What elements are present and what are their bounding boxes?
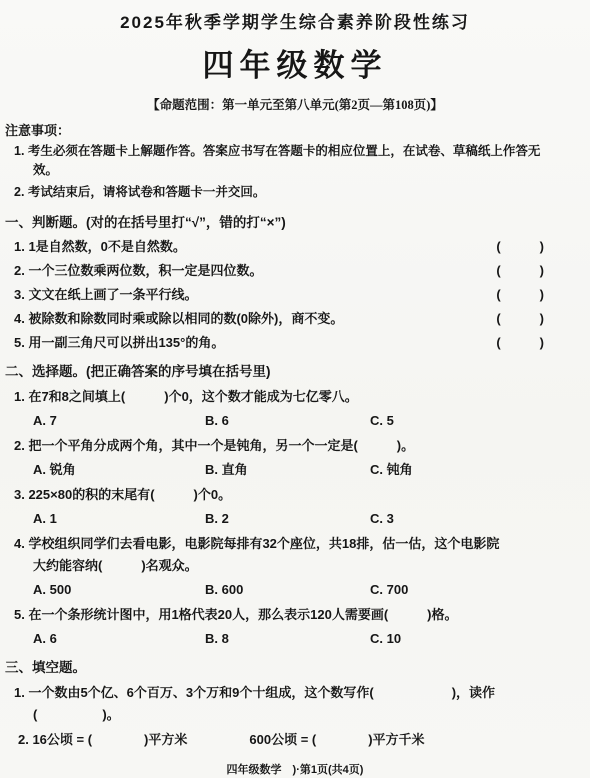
section-heading-fill: 三、填空题。	[0, 656, 590, 676]
judgment-question-4: 4. 被除数和除数同时乘或除以相同的数(0除外)，商不变。 ( )	[0, 310, 590, 327]
choice-question-3-options: A. 1 B. 2 C. 3	[0, 510, 590, 527]
exam-title: 2025年秋季学期学生综合素养阶段性练习	[0, 8, 590, 33]
choice-question-4-text-line-1: 4. 学校组织同学们去看电影，电影院每排有32个座位，共18排，估一估，这个电影…	[0, 535, 590, 552]
option-b: B. 直角	[205, 461, 370, 478]
question-text: 2. 一个三位数乘两位数，积一定是四位数。	[14, 262, 262, 279]
exam-paper-page: 2025年秋季学期学生综合素养阶段性练习 四年级数学 【命题范围：第一单元至第八…	[0, 0, 590, 778]
answer-parentheses: ( )	[496, 310, 544, 327]
option-a: A. 1	[33, 510, 205, 527]
choice-question-1-text: 1. 在7和8之间填上( )个0，这个数才能成为七亿零八。	[0, 388, 590, 405]
section-heading-choice: 二、选择题。(把正确答案的序号填在括号里)	[0, 360, 590, 380]
judgment-question-1: 1. 1是自然数，0不是自然数。 ( )	[0, 238, 590, 255]
choice-question-5-text: 5. 在一个条形统计图中，用1格代表20人，那么表示120人需要画( )格。	[0, 606, 590, 623]
choice-question-3-text: 3. 225×80的积的末尾有( )个0。	[0, 486, 590, 503]
answer-parentheses: ( )	[496, 334, 544, 351]
fill-question-1-line-2: ( )。	[0, 706, 590, 723]
notice-item-1: 1. 考生必须在答题卡上解题作答。答案应书写在答题卡的相应位置上，在试卷、草稿纸…	[0, 142, 590, 180]
option-c: C. 5	[370, 412, 590, 429]
answer-parentheses: ( )	[496, 238, 544, 255]
option-a: A. 7	[33, 412, 205, 429]
option-a: A. 500	[33, 581, 205, 598]
notice-heading: 注意事项：	[0, 120, 590, 139]
notice-item-2: 2. 考试结束后，请将试卷和答题卡一并交回。	[0, 183, 590, 202]
question-text: 5. 用一副三角尺可以拼出135°的角。	[14, 334, 224, 351]
question-text: 4. 被除数和除数同时乘或除以相同的数(0除外)，商不变。	[14, 310, 343, 327]
choice-question-4-options: A. 500 B. 600 C. 700	[0, 581, 590, 598]
choice-question-5-options: A. 6 B. 8 C. 10	[0, 630, 590, 647]
choice-question-4-text-line-2: 大约能容纳( )名观众。	[0, 557, 590, 574]
exam-scope-note: 【命题范围：第一单元至第八单元(第2页—第108页)】	[0, 95, 590, 113]
fill-question-2-part-2: 600公顷 = ( )平方千米	[249, 731, 424, 748]
notice-item-1-line-1: 1. 考生必须在答题卡上解题作答。答案应书写在答题卡的相应位置上，在试卷、草稿纸…	[14, 142, 590, 161]
fill-question-1-line-1: 1. 一个数由5个亿、6个百万、3个万和9个十组成，这个数写作( )，读作	[0, 684, 590, 701]
page-footer: 四年级数学 )·第1页(共4页)	[0, 761, 590, 777]
option-b: B. 600	[205, 581, 370, 598]
option-c: C. 钝角	[370, 461, 590, 478]
option-b: B. 8	[205, 630, 370, 647]
option-a: A. 6	[33, 630, 205, 647]
judgment-question-3: 3. 文文在纸上画了一条平行线。 ( )	[0, 286, 590, 303]
judgment-question-5: 5. 用一副三角尺可以拼出135°的角。 ( )	[0, 334, 590, 351]
option-a: A. 锐角	[33, 461, 205, 478]
answer-parentheses: ( )	[496, 262, 544, 279]
judgment-question-2: 2. 一个三位数乘两位数，积一定是四位数。 ( )	[0, 262, 590, 279]
choice-question-1-options: A. 7 B. 6 C. 5	[0, 412, 590, 429]
option-b: B. 6	[205, 412, 370, 429]
fill-question-2-part-1: 2. 16公顷 = ( )平方米	[18, 731, 187, 748]
choice-question-2-text: 2. 把一个平角分成两个角，其中一个是钝角，另一个一定是( )。	[0, 437, 590, 454]
option-c: C. 3	[370, 510, 590, 527]
question-text: 3. 文文在纸上画了一条平行线。	[14, 286, 197, 303]
exam-subject-title: 四年级数学	[0, 40, 590, 85]
fill-question-2: 2. 16公顷 = ( )平方米 600公顷 = ( )平方千米	[0, 731, 590, 748]
section-heading-judgment: 一、判断题。(对的在括号里打“√”，错的打“×”)	[0, 211, 590, 231]
answer-parentheses: ( )	[496, 286, 544, 303]
option-b: B. 2	[205, 510, 370, 527]
question-text: 1. 1是自然数，0不是自然数。	[14, 238, 186, 255]
choice-question-2-options: A. 锐角 B. 直角 C. 钝角	[0, 461, 590, 478]
option-c: C. 10	[370, 630, 590, 647]
option-c: C. 700	[370, 581, 590, 598]
notice-item-1-line-2: 效。	[14, 161, 590, 180]
